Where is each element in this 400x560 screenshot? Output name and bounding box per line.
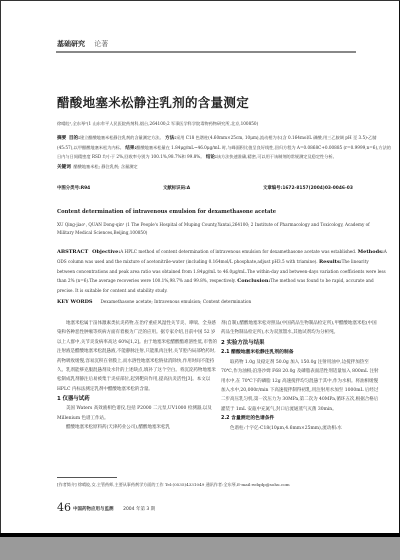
viewer-background xyxy=(0,537,400,560)
materials-continued: 剂(自制),醋酸地塞米松对照品(中国药品生物制品检定所),甲醋酸地塞米松(中国药… xyxy=(221,319,381,338)
preparation-paragraph: 取药物 1.0g 及稳定剂 50.0g 加入 150.0g 注射用油中,边搅拌加… xyxy=(221,358,381,414)
keywords-en-label: KEY WORDS xyxy=(57,299,93,305)
results-en-label: Results: xyxy=(319,259,342,265)
chromatography-paragraph: 色谱柱:十字亿-C18(10μm,4.6mm×25mm),流动相:水 xyxy=(221,424,381,433)
article-title-cn: 醋酸地塞米松静注乳剂的含量测定 xyxy=(57,93,249,111)
methods-label: 方法: xyxy=(165,136,176,141)
journal-issue: 2004 年第 3 期 xyxy=(123,507,155,512)
authors-cn: 徐晴皎¹,全东琴²(1 山东牟平人民医院药剂科,烟台,264100;2 军事医学… xyxy=(57,121,258,127)
header-rule xyxy=(56,51,356,53)
instruments-paragraph: 美国 Waters 高效液相色谱仪,包括 P2000 二元泵,UV1000 检测… xyxy=(57,404,217,423)
heading-methods: 2 实验方法与结果 xyxy=(221,338,381,348)
journal-footer: 中国药物应用与监测 2004 年第 3 期 xyxy=(73,506,155,512)
abstract-en: ABSTRACT Objective:A HPLC method of cont… xyxy=(57,247,387,295)
body-column-left: 地塞米松属于甾体激素类抗炎药物,在治疗重症风湿性关节炎、哮喘、全身感染和各种恶性… xyxy=(57,319,217,432)
methods-en-label: Methods: xyxy=(358,249,384,255)
author-footnote: [作者简介] 徐晴皎,女,主管药师,主要从事药剂学方面的工作 Tel:(0535… xyxy=(57,482,290,488)
intro-paragraph: 地塞米松属于甾体激素类抗炎药物,在治疗重症风湿性关节炎、哮喘、全身感染和各种恶性… xyxy=(57,319,217,394)
article-title-en: Content determination of intravenous emu… xyxy=(57,209,276,215)
objective-label: 目的: xyxy=(69,136,80,141)
objective-en-label: Objective: xyxy=(92,249,120,255)
keywords-en-text: Dexamethasone acetate; Intravenous emuls… xyxy=(101,299,252,304)
journal-page: 基础研究 论著 醋酸地塞米松静注乳剂的含量测定 徐晴皎¹,全东琴²(1 山东牟平… xyxy=(0,0,400,535)
classification-number: 中图分类号:R94 xyxy=(57,185,90,191)
conclusion-text: 该方法快速准确,精密,可以用于该制剂的常规测定及稳定性分析。 xyxy=(217,154,337,159)
heading-chromatography: 2.2 含量测定的色谱条件 xyxy=(221,414,381,424)
page-number: 46 xyxy=(57,501,71,514)
journal-name: 中国药物应用与监测 xyxy=(73,507,114,512)
article-number: 文章编号:1672-8157(2004)03-0046-03 xyxy=(263,185,353,191)
abstract-label: 摘要 xyxy=(57,136,66,141)
objective-text: 建立醋酸地塞米松静注乳剂的含量测定方法。 xyxy=(80,135,164,140)
keywords-en: KEY WORDSDexamethasone acetate; Intraven… xyxy=(57,299,251,305)
objective-en-text: A HPLC method of content determination o… xyxy=(120,249,356,254)
section-label: 基础研究 论著 xyxy=(57,39,108,49)
body-column-right: 剂(自制),醋酸地塞米松对照品(中国药品生物制品检定所),甲醋酸地塞米松(中国药… xyxy=(221,319,381,434)
section-category: 基础研究 xyxy=(57,40,85,48)
heading-preparation: 2.1 醋酸地塞米松静注乳剂的制备 xyxy=(221,348,381,358)
authors-en: XU Qing-jiao¹, QUAN Dong-qin² (1 The Peo… xyxy=(57,221,387,237)
footnote-rule xyxy=(57,477,117,478)
section-subcategory: 论著 xyxy=(94,40,108,48)
materials-paragraph: 醋酸地塞米松原料药(天津药业公司),醋酸地塞米松乳 xyxy=(57,423,217,432)
keywords-cn-label: 关键词 xyxy=(57,165,71,170)
heading-instruments: 1 仪器与试药 xyxy=(57,394,217,404)
keywords-cn: 醋酸地塞米松; 静注乳剂; 含量测定 xyxy=(73,164,137,169)
abstract-en-label: ABSTRACT xyxy=(57,249,88,255)
document-code: 文献标识码:A xyxy=(163,185,190,191)
results-label: 结果: xyxy=(125,146,136,151)
abstract-cn: 摘要 目的:建立醋酸地塞米松静注乳剂的含量测定方法。 方法:采用 C18 色谱柱… xyxy=(57,134,393,172)
conclusion-en-label: Conclusion: xyxy=(237,278,270,284)
conclusion-label: 结论: xyxy=(206,155,217,160)
